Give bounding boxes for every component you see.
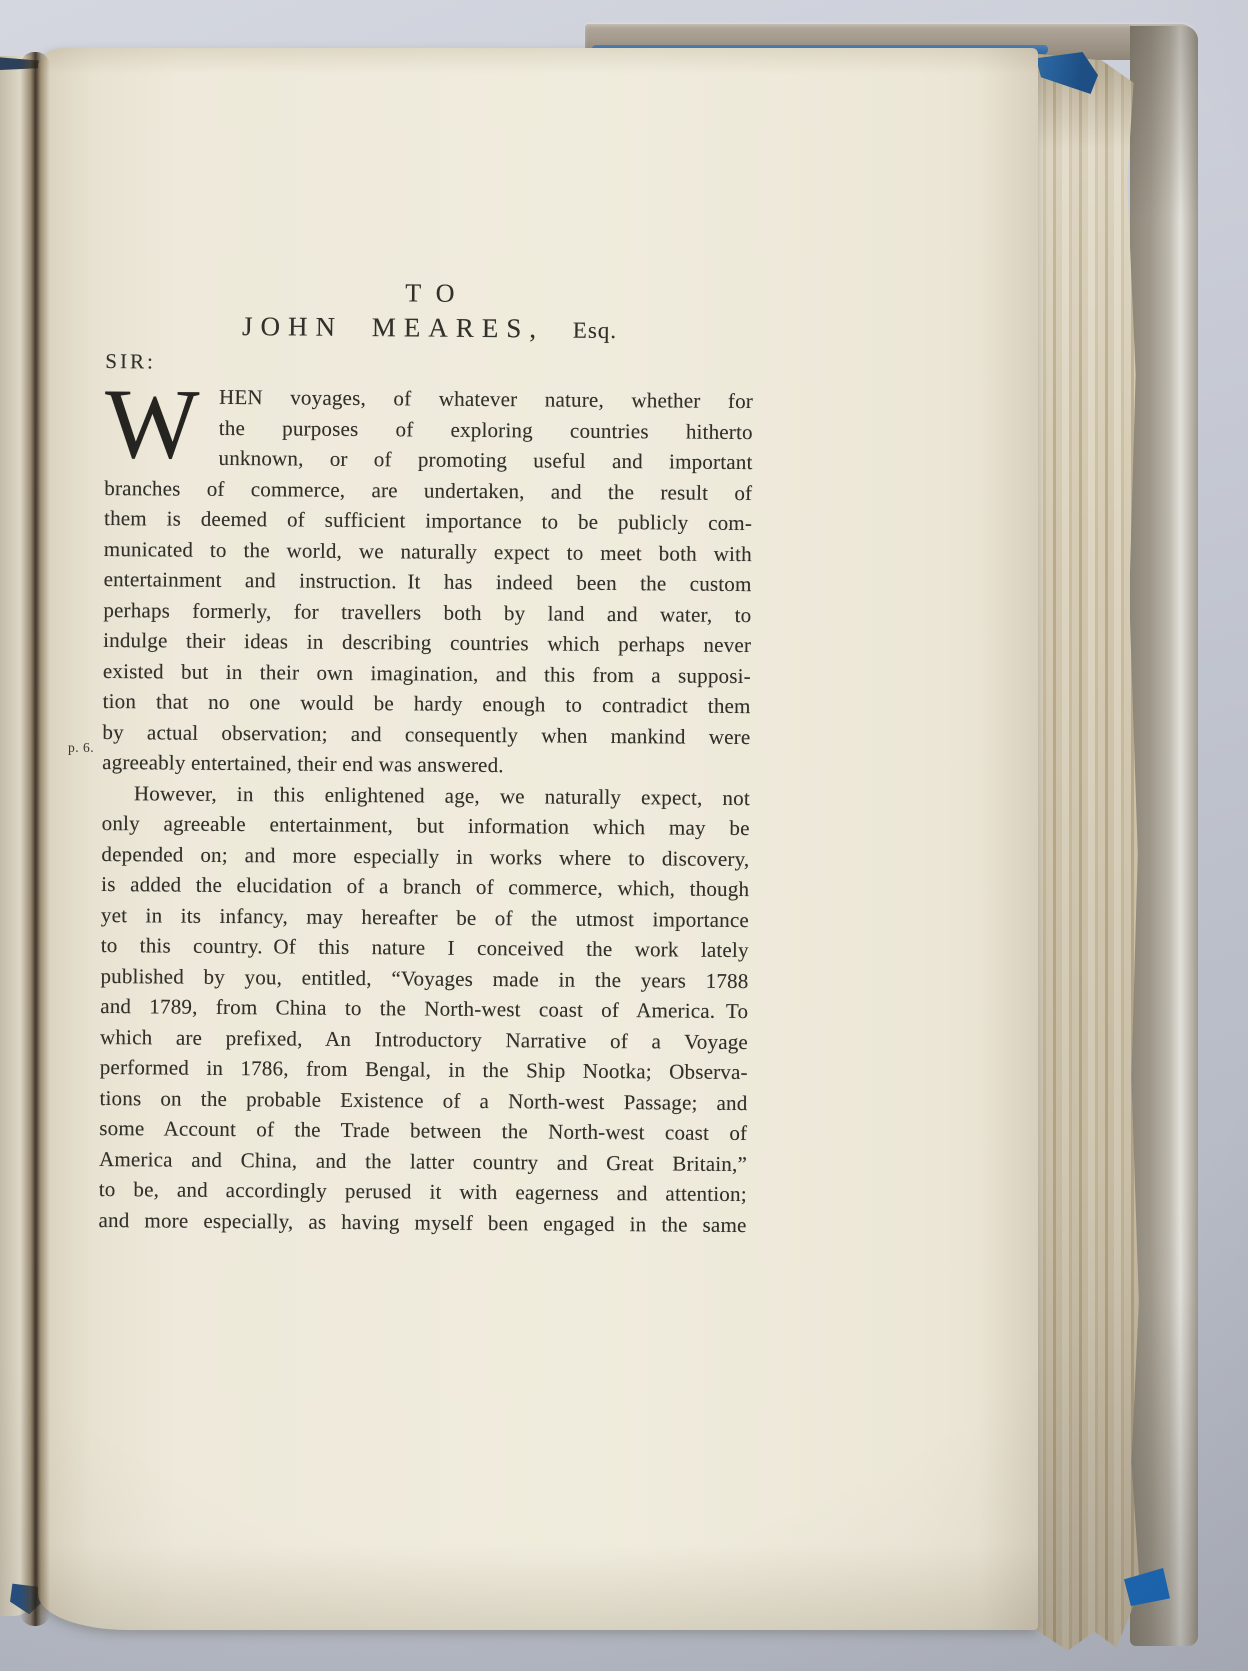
text-line: performed in 1786, from Bengal, in the S… (100, 1052, 748, 1088)
book-page: p. 6. TO JOHN MEARES, Esq. SIR: W HEN vo… (38, 48, 1038, 1630)
text-line: some Account of the Trade between the No… (99, 1113, 747, 1149)
text-line: indulge their ideas in describing countr… (103, 625, 751, 661)
text-line: depended on; and more especially in work… (101, 838, 749, 874)
text-line: However, in this enlightened age, we nat… (102, 777, 750, 813)
text-line: which are prefixed, An Introductory Narr… (100, 1021, 748, 1057)
text-line: America and China, and the latter countr… (99, 1143, 747, 1179)
text-line: is added the elucidation of a branch of … (101, 869, 749, 905)
text-line: by actual observation; and consequently … (102, 716, 750, 752)
text-line: them is deemed of sufficient importance … (104, 503, 752, 539)
text-line: HEN voyages, of whatever nature, whether… (219, 382, 753, 417)
text-line: unknown, or of promoting useful and impo… (218, 443, 752, 478)
addressee-suffix: Esq. (573, 318, 617, 343)
text-line: only agreeable entertainment, but inform… (102, 808, 750, 844)
salutation: SIR: (105, 346, 753, 381)
text-line: to this country. Of this nature I concei… (101, 930, 749, 966)
text-line: yet in its infancy, may hereafter be of … (101, 899, 749, 935)
text-line: the purposes of exploring countries hith… (219, 412, 753, 447)
text-line: municated to the world, we naturally exp… (104, 533, 752, 569)
book-gutter-crease (20, 52, 50, 1626)
addressee-name: JOHN MEARES, (242, 311, 544, 343)
text-line: existed but in their own imagination, an… (103, 655, 751, 691)
text-line: branches of commerce, are undertaken, an… (104, 472, 752, 508)
text-line: tion that no one would be hardy enough t… (103, 686, 751, 722)
text-line: entertainment and instruction. It has in… (103, 564, 751, 600)
paragraph-1: W HEN voyages, of whatever nature, wheth… (102, 381, 753, 783)
letter-heading-to: TO (106, 276, 754, 311)
paragraph-2-lines: However, in this enlightened age, we nat… (98, 777, 750, 1240)
text-line: published by you, entitled, “Voyages mad… (100, 960, 748, 996)
margin-page-note: p. 6. (68, 740, 94, 756)
text-line: to be, and accordingly perused it with e… (99, 1174, 747, 1210)
text-line: perhaps formerly, for travellers both by… (103, 594, 751, 630)
text-line: and 1789, from China to the North-west c… (100, 991, 748, 1027)
page-fore-edge-stack (1036, 54, 1142, 1654)
text-line: agreeably entertained, their end was ans… (102, 747, 750, 783)
text-line: tions on the probable Existence of a Nor… (99, 1082, 747, 1118)
book-cover-right-board (1130, 26, 1198, 1646)
text-line: and more especially, as having myself be… (98, 1204, 746, 1240)
letter-text-block: TO JOHN MEARES, Esq. SIR: W HEN voyages,… (98, 276, 754, 1240)
paragraph-2: However, in this enlightened age, we nat… (98, 777, 750, 1240)
letter-addressee: JOHN MEARES, Esq. (105, 308, 753, 347)
drop-cap: W (104, 385, 207, 472)
